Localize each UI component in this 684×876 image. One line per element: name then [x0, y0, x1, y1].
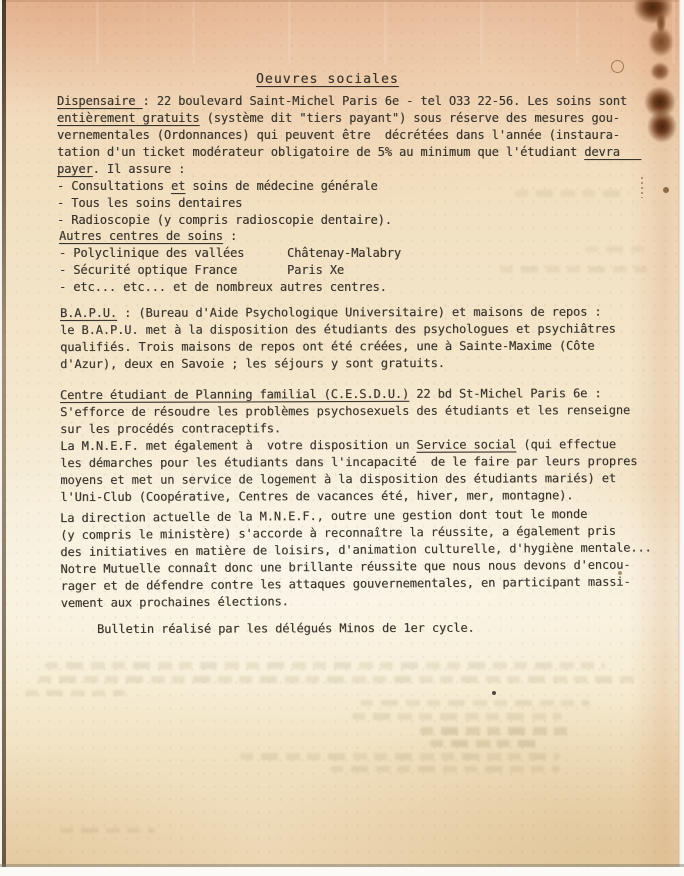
scan-edge-bottom — [0, 867, 684, 876]
bleedthrough-smudge — [585, 246, 645, 252]
text-line: payer. Il assure : — [57, 161, 641, 178]
text-segment: (qui effectue — [516, 437, 616, 451]
text-segment: soins de médecine générale — [185, 179, 377, 193]
bleedthrough-smudge — [38, 676, 638, 683]
text-segment: qualifiés. Trois maisons de repos ont ét… — [60, 339, 594, 354]
text-segment: : (Bureau d'Aide Psychologique Universit… — [117, 305, 602, 320]
text-segment: moyens et met un service de logement à l… — [60, 471, 616, 487]
text-line: l'Uni-Club (Coopérative, Centres de vaca… — [60, 487, 637, 506]
text-line: - Radioscopie (y compris radioscopie den… — [57, 212, 641, 229]
text-segment: rager et de défendre contre les attaques… — [61, 575, 631, 593]
text-segment: d'Azur), deux en Savoie ; les séjours y … — [60, 356, 445, 371]
text-segment: le B.A.P.U. met à la disposition des étu… — [60, 322, 616, 337]
text-segment: La direction actuelle de la M.N.E.F., ou… — [60, 507, 587, 525]
underlined-text: B.A.P.U. — [60, 306, 117, 320]
ink-stain — [647, 110, 677, 143]
ink-stain — [633, 0, 673, 24]
text-segment: vernementales (Ordonnances) qui peuvent … — [57, 128, 620, 142]
underlined-text: payer — [57, 162, 93, 176]
page-edge-top — [0, 0, 684, 2]
text-segment: . Il assure : — [93, 162, 186, 176]
text-segment: : — [223, 229, 237, 243]
text-line: entièrement gratuits (système dit "tiers… — [57, 110, 641, 127]
text-line: La M.N.E.F. met également à votre dispos… — [60, 436, 637, 455]
text-line: - Polyclinique des vallées Châtenay-Mala… — [59, 245, 401, 262]
text-line: - Consultations et soins de médecine gén… — [57, 178, 641, 195]
paragraph-dispensaire: Dispensaire : 22 boulevard Saint-Michel … — [57, 93, 641, 229]
text-segment: S'efforce de résoudre les problèmes psyc… — [60, 403, 630, 419]
text-line: les démarches pour les étudiants dans l'… — [60, 453, 637, 472]
paragraph-bulletin: Bulletin réalisé par les délégués Minos … — [97, 620, 475, 638]
underlined-text: Centre étudiant de Planning familial (C.… — [60, 387, 409, 402]
document-title: Oeuvres sociales — [256, 72, 399, 87]
underlined-text: entièrement gratuits — [57, 111, 200, 125]
text-line: qualifiés. Trois maisons de repos ont ét… — [60, 338, 616, 356]
text-segment: - Radioscopie (y compris radioscopie den… — [57, 213, 392, 227]
bleedthrough-smudge — [352, 713, 562, 720]
paragraph-planning: Centre étudiant de Planning familial (C.… — [60, 385, 638, 506]
text-segment: vement aux prochaines élections. — [61, 594, 289, 610]
text-segment: 22 bd St-Michel Paris 6e : — [409, 386, 601, 401]
text-segment: les démarches pour les étudiants dans l'… — [60, 454, 637, 470]
ink-ring-stain — [611, 60, 624, 73]
underlined-text: devra — [584, 145, 641, 159]
ink-stain — [650, 62, 670, 81]
text-line: le B.A.P.U. met à la disposition des étu… — [60, 321, 616, 339]
scan-edge-right — [678, 0, 684, 876]
text-segment: - Sécurité optique France Paris Xe — [59, 263, 344, 277]
paragraph-bapu: B.A.P.U. : (Bureau d'Aide Psychologique … — [60, 304, 616, 373]
scan-streaks — [0, 0, 684, 64]
text-segment: tation d'un ticket modérateur obligatoir… — [57, 145, 584, 159]
bleedthrough-smudge — [25, 690, 125, 696]
text-line: Autres centres de soins : — [59, 228, 401, 245]
bleedthrough-smudge — [45, 662, 605, 669]
bleedthrough-smudge — [330, 766, 560, 772]
ink-stain — [648, 27, 674, 57]
text-line: sur les procédés contraceptifs. — [60, 419, 637, 438]
paragraph-autres_centres: Autres centres de soins :- Polyclinique … — [59, 228, 401, 296]
text-segment: - Polyclinique des vallées Châtenay-Mala… — [59, 246, 401, 260]
text-line: Centre étudiant de Planning familial (C.… — [60, 385, 637, 404]
text-segment: - Tous les soins dentaires — [57, 196, 242, 210]
text-segment: La M.N.E.F. met également à votre dispos… — [60, 438, 416, 453]
text-segment: Bulletin réalisé par les délégués Minos … — [97, 621, 475, 636]
underlined-text: Dispensaire — [57, 94, 143, 108]
scanned-document-page: Oeuvres sociales Dispensaire : 22 boulev… — [0, 0, 684, 876]
underlined-text: Autres centres de soins — [59, 229, 223, 243]
underlined-text: et — [171, 179, 185, 193]
speck-stain — [492, 691, 496, 695]
paragraph-direction: La direction actuelle de la M.N.E.F., ou… — [60, 505, 652, 612]
text-line: vernementales (Ordonnances) qui peuvent … — [57, 127, 641, 144]
bleedthrough-smudge — [360, 700, 590, 706]
text-line: B.A.P.U. : (Bureau d'Aide Psychologique … — [60, 304, 616, 322]
text-segment: : 22 boulevard Saint-Michel Paris 6e - t… — [143, 94, 627, 108]
text-line: S'efforce de résoudre les problèmes psyc… — [60, 402, 637, 421]
text-segment: - Consultations — [57, 179, 171, 193]
text-segment: - etc... etc... et de nombreux autres ce… — [59, 280, 387, 294]
text-line: d'Azur), deux en Savoie ; les séjours y … — [60, 355, 616, 373]
text-segment: (système dit "tiers payant") sous réserv… — [200, 111, 620, 125]
text-line: tation d'un ticket modérateur obligatoir… — [57, 144, 641, 161]
speck-stain — [663, 187, 669, 193]
text-segment: (y compris le ministère) s'accorde à rec… — [60, 524, 616, 542]
dotted-mark — [641, 177, 643, 198]
text-line: - etc... etc... et de nombreux autres ce… — [59, 279, 401, 296]
page-edge-shadow-left — [2, 0, 6, 876]
bleedthrough-smudge — [60, 828, 155, 833]
text-line: moyens et met un service de logement à l… — [60, 470, 637, 489]
bleedthrough-smudge — [240, 753, 560, 760]
text-line: Dispensaire : 22 boulevard Saint-Michel … — [57, 93, 641, 110]
text-segment: sur les procédés contraceptifs. — [60, 421, 281, 436]
bleedthrough-smudge — [420, 727, 570, 735]
bleedthrough-smudge — [430, 740, 540, 747]
underlined-text: Service social — [416, 437, 516, 451]
text-segment: l'Uni-Club (Coopérative, Centres de vaca… — [60, 488, 573, 504]
bleedthrough-smudge — [500, 266, 650, 273]
text-line: - Tous les soins dentaires — [57, 195, 641, 212]
speck-stain — [618, 571, 622, 575]
text-line: vement aux prochaines élections. — [61, 590, 652, 612]
text-line: - Sécurité optique France Paris Xe — [59, 262, 401, 279]
text-line: Bulletin réalisé par les délégués Minos … — [97, 620, 475, 638]
